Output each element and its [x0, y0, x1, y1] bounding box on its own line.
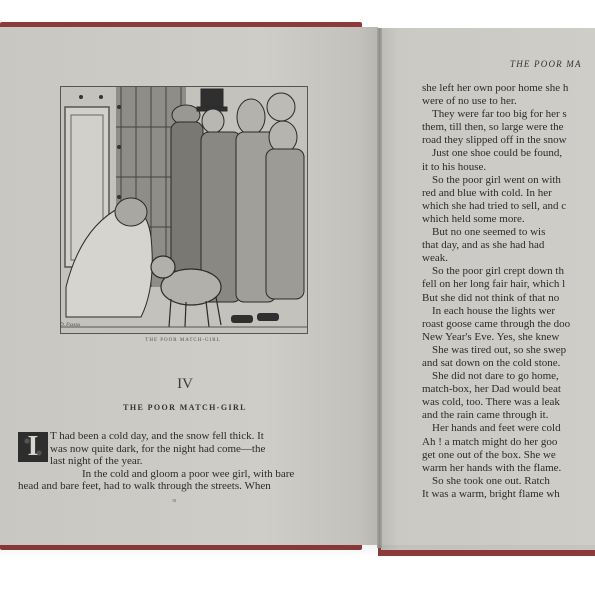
- text-line: that day, and as she had had: [422, 239, 595, 252]
- text-line: she left her own poor home she h: [422, 82, 595, 95]
- text-line: match-box, her Dad would beat: [422, 383, 595, 396]
- text-line: roast goose came through the doo: [422, 318, 595, 331]
- text-line: red and blue with cold. In her: [422, 187, 595, 200]
- text-line: Ah ! a match might do her goo: [422, 436, 595, 449]
- text-line: road they slipped off in the snow: [422, 134, 595, 147]
- text-line: Her hands and feet were cold: [422, 422, 595, 435]
- text-line: were of no use to her.: [422, 95, 595, 108]
- illustration-signature: D. Fxxxxx: [60, 323, 80, 328]
- illustration-drawing: [61, 87, 307, 333]
- text-line: So she took one out. Ratch: [422, 475, 595, 488]
- text-line: it to his house.: [422, 161, 595, 174]
- text-line: fell on her long fair hair, which l: [422, 278, 595, 291]
- text-line: New Year's Eve. Yes, she knew: [422, 331, 595, 344]
- text-line: But no one seemed to wis: [422, 226, 595, 239]
- text-line: It was a warm, bright flame wh: [422, 488, 595, 501]
- right-page-body-text: she left her own poor home she hwere of …: [422, 82, 595, 501]
- text-line: She was tired out, so she swep: [422, 344, 595, 357]
- book-gutter: [377, 28, 382, 548]
- text-line: was now quite dark, for the night had co…: [18, 443, 336, 456]
- text-line: They were far too big for her s: [422, 108, 595, 121]
- text-line: was cold, too. There was a leak: [422, 396, 595, 409]
- running-head: THE POOR MA: [510, 59, 582, 69]
- page-shadow: [0, 545, 595, 557]
- text-line: last night of the year.: [18, 455, 336, 468]
- text-line: So the poor girl crept down th: [422, 265, 595, 278]
- engraving-illustration: [60, 86, 308, 334]
- text-line: Just one shoe could be found,: [422, 147, 595, 160]
- text-line: them, till then, so large were the: [422, 121, 595, 134]
- illustration-caption: THE POOR MATCH-GIRL: [60, 338, 306, 343]
- text-line: But she did not think of that no: [422, 292, 595, 305]
- chapter-title: THE POOR MATCH-GIRL: [60, 403, 310, 412]
- text-line: and sat down on the cold stone.: [422, 357, 595, 370]
- left-page-body-text: T had been a cold day, and the snow fell…: [18, 430, 336, 493]
- text-line: In each house the lights wer: [422, 305, 595, 318]
- text-line: which she had tried to sell, and c: [422, 200, 595, 213]
- text-line: head and bare feet, had to walk through …: [18, 480, 336, 493]
- text-line: get one out of the box. She we: [422, 449, 595, 462]
- text-line: warm her hands with the flame.: [422, 462, 595, 475]
- text-line: She did not dare to go home,: [422, 370, 595, 383]
- text-line: weak.: [422, 252, 595, 265]
- page-number: 18: [172, 498, 176, 503]
- open-book: D. Fxxxxx THE POOR MATCH-GIRL IV THE POO…: [0, 0, 595, 595]
- text-line: and the rain came through it.: [422, 409, 595, 422]
- text-line: which held some more.: [422, 213, 595, 226]
- text-line: In the cold and gloom a poor wee girl, w…: [18, 468, 336, 481]
- chapter-number: IV: [60, 376, 310, 393]
- text-line: So the poor girl went on with: [422, 174, 595, 187]
- text-line: T had been a cold day, and the snow fell…: [18, 430, 336, 443]
